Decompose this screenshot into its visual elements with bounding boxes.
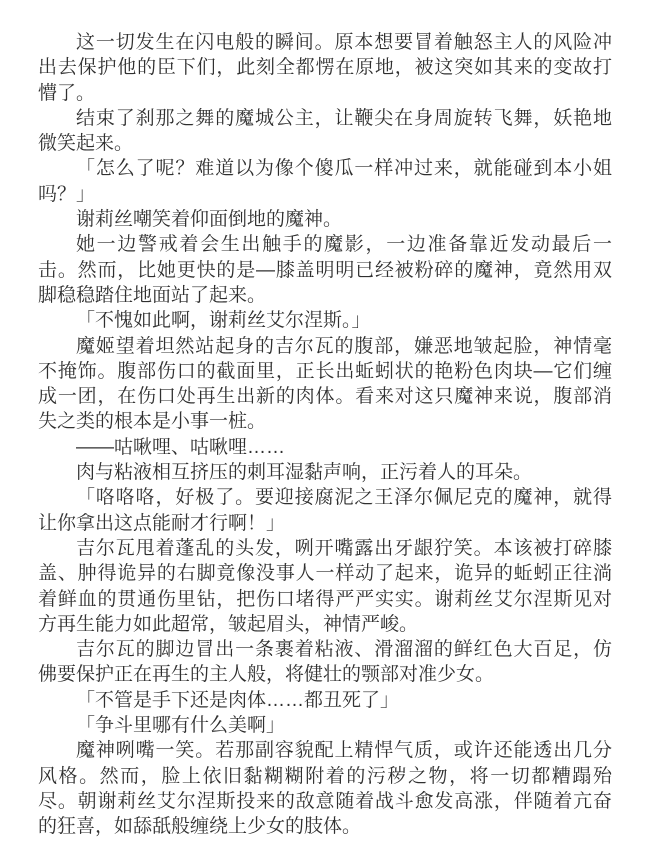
paragraph: 吉尔瓦的脚边冒出一条裹着粘液、滑溜溜的鲜红色大百足，仿佛要保护正在再生的主人般，…: [38, 637, 612, 688]
novel-page: 这一切发生在闪电般的瞬间。原本想要冒着触怒主人的风险冲出去保护他的臣下们，此刻全…: [0, 0, 650, 850]
text-line: 她一边警戒着会生出触手的魔影，一边准备靠近发动最后一: [38, 232, 612, 257]
text-line: 「怎么了呢？难道以为像个傻瓜一样冲过来，就能碰到本小姐: [38, 156, 612, 181]
text-line: 「争斗里哪有什么美啊」: [38, 713, 612, 738]
paragraph: 谢莉丝嘲笑着仰面倒地的魔神。: [38, 207, 612, 232]
paragraph: 魔姬望着坦然站起身的吉尔瓦的腹部，嫌恶地皱起脸，神情毫不掩饰。腹部伤口的截面里，…: [38, 334, 612, 435]
text-line: 谢莉丝嘲笑着仰面倒地的魔神。: [38, 207, 612, 232]
text-line: 成一团，在伤口处再生出新的肉体。看来对这只魔神来说，腹部消: [38, 384, 612, 409]
paragraph: ——咕啾哩、咕啾哩……: [38, 435, 612, 460]
text-line: 的狂喜，如舔舐般缠绕上少女的肢体。: [38, 814, 612, 839]
paragraph: 她一边警戒着会生出触手的魔影，一边准备靠近发动最后一击。然而，比她更快的是—膝盖…: [38, 232, 612, 308]
text-line: 着鲜血的贯通伤里钻，把伤口堵得严严实实。谢莉丝艾尔涅斯见对: [38, 587, 612, 612]
text-line: 失之类的根本是小事一桩。: [38, 409, 612, 434]
paragraph: 肉与粘液相互挤压的刺耳湿黏声响，正污着人的耳朵。: [38, 460, 612, 485]
text-line: 懵了。: [38, 81, 612, 106]
text-body: 这一切发生在闪电般的瞬间。原本想要冒着触怒主人的风险冲出去保护他的臣下们，此刻全…: [38, 30, 612, 840]
text-line: 方再生能力如此超常，皱起眉头，神情严峻。: [38, 612, 612, 637]
text-line: 吗？」: [38, 182, 612, 207]
text-line: 尽。朝谢莉丝艾尔涅斯投来的敌意随着战斗愈发高涨，伴随着亢奋: [38, 789, 612, 814]
text-line: 结束了刹那之舞的魔城公主，让鞭尖在身周旋转飞舞，妖艳地: [38, 106, 612, 131]
text-line: 让你拿出这点能耐才行啊！」: [38, 511, 612, 536]
text-line: 不掩饰。腹部伤口的截面里，正长出蚯蚓状的艳粉色肉块—它们缠: [38, 359, 612, 384]
text-line: 吉尔瓦甩着蓬乱的头发，咧开嘴露出牙龈狞笑。本该被打碎膝: [38, 536, 612, 561]
text-line: 这一切发生在闪电般的瞬间。原本想要冒着触怒主人的风险冲: [38, 30, 612, 55]
paragraph: 「不愧如此啊，谢莉丝艾尔涅斯。」: [38, 308, 612, 333]
text-line: 「不愧如此啊，谢莉丝艾尔涅斯。」: [38, 308, 612, 333]
text-line: 出去保护他的臣下们，此刻全都愣在原地，被这突如其来的变故打: [38, 55, 612, 80]
text-line: 佛要保护正在再生的主人般，将健壮的颚部对准少女。: [38, 662, 612, 687]
text-line: 脚稳稳踏住地面站了起来。: [38, 283, 612, 308]
text-line: 「咯咯咯，好极了。要迎接腐泥之王泽尔佩尼克的魔神，就得: [38, 485, 612, 510]
text-line: 击。然而，比她更快的是—膝盖明明已经被粉碎的魔神，竟然用双: [38, 258, 612, 283]
text-line: 盖、肿得诡异的右脚竟像没事人一样动了起来，诡异的蚯蚓正往淌: [38, 561, 612, 586]
text-line: 风格。然而，脸上依旧黏糊糊附着的污秽之物，将一切都糟蹋殆: [38, 764, 612, 789]
paragraph: 「争斗里哪有什么美啊」: [38, 713, 612, 738]
text-line: 魔神咧嘴一笑。若那副容貌配上精悍气质，或许还能透出几分: [38, 738, 612, 763]
paragraph: 「不管是手下还是肉体……都丑死了」: [38, 688, 612, 713]
text-line: 吉尔瓦的脚边冒出一条裹着粘液、滑溜溜的鲜红色大百足，仿: [38, 637, 612, 662]
paragraph: 吉尔瓦甩着蓬乱的头发，咧开嘴露出牙龈狞笑。本该被打碎膝盖、肿得诡异的右脚竟像没事…: [38, 536, 612, 637]
text-line: 微笑起来。: [38, 131, 612, 156]
paragraph: 「怎么了呢？难道以为像个傻瓜一样冲过来，就能碰到本小姐吗？」: [38, 156, 612, 207]
paragraph: 这一切发生在闪电般的瞬间。原本想要冒着触怒主人的风险冲出去保护他的臣下们，此刻全…: [38, 30, 612, 106]
paragraph: 「咯咯咯，好极了。要迎接腐泥之王泽尔佩尼克的魔神，就得让你拿出这点能耐才行啊！」: [38, 485, 612, 536]
text-line: 「不管是手下还是肉体……都丑死了」: [38, 688, 612, 713]
text-line: ——咕啾哩、咕啾哩……: [38, 435, 612, 460]
paragraph: 魔神咧嘴一笑。若那副容貌配上精悍气质，或许还能透出几分风格。然而，脸上依旧黏糊糊…: [38, 738, 612, 839]
text-line: 魔姬望着坦然站起身的吉尔瓦的腹部，嫌恶地皱起脸，神情毫: [38, 334, 612, 359]
text-line: 肉与粘液相互挤压的刺耳湿黏声响，正污着人的耳朵。: [38, 460, 612, 485]
paragraph: 结束了刹那之舞的魔城公主，让鞭尖在身周旋转飞舞，妖艳地微笑起来。: [38, 106, 612, 157]
